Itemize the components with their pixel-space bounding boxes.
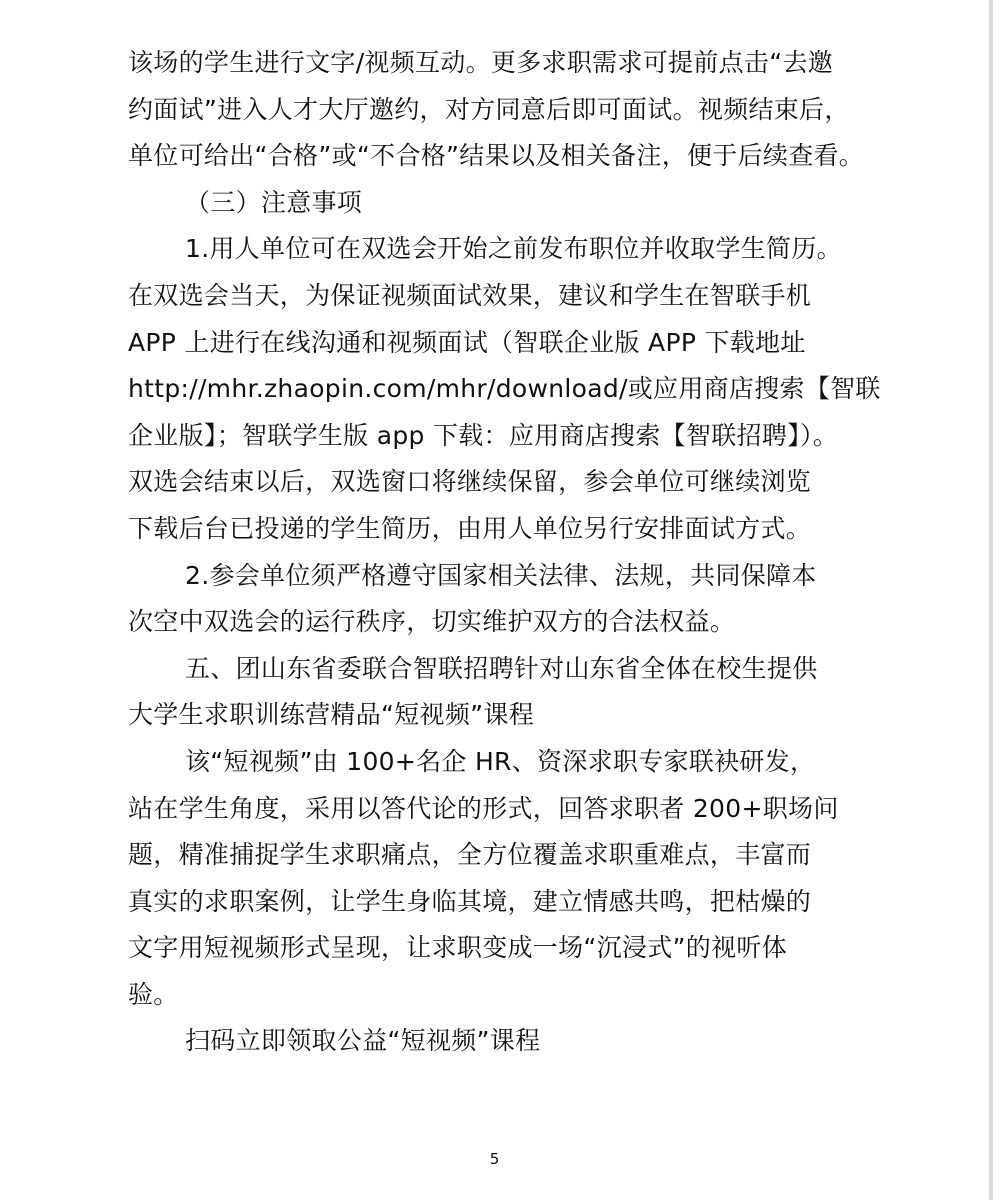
text-line: 该“短视频”由 100+名企 HR、资深求职专家联袂研发， xyxy=(128,739,864,786)
text-line-url: http://mhr.zhaopin.com/mhr/download/或应用商… xyxy=(128,366,864,413)
text-line: 大学生求职训练营精品“短视频”课程 xyxy=(128,692,864,739)
text-line: 约面试”进入人才大厅邀约，对方同意后即可面试。视频结束后， xyxy=(128,87,864,134)
section-heading: （三）注意事项 xyxy=(128,180,864,227)
text-line: 次空中双选会的运行秩序，切实维护双方的合法权益。 xyxy=(128,599,864,646)
text-line: 站在学生角度，采用以答代论的形式，回答求职者 200+职场问 xyxy=(128,786,864,833)
text-line: 该场的学生进行文字/视频互动。更多求职需求可提前点击“去邀 xyxy=(128,40,864,87)
text-line: 单位可给出“合格”或“不合格”结果以及相关备注，便于后续查看。 xyxy=(128,133,864,180)
document-body: 该场的学生进行文字/视频互动。更多求职需求可提前点击“去邀 约面试”进入人才大厅… xyxy=(128,40,864,1065)
text-line: 2.参会单位须严格遵守国家相关法律、法规，共同保障本 xyxy=(128,553,864,600)
text-line: 题，精准捕捉学生求职痛点，全方位覆盖求职重难点，丰富而 xyxy=(128,832,864,879)
section-heading: 五、团山东省委联合智联招聘针对山东省全体在校生提供 xyxy=(128,646,864,693)
text-line: 企业版】；智联学生版 app 下载：应用商店搜索【智联招聘】）。 xyxy=(128,413,864,460)
text-line: 真实的求职案例，让学生身临其境，建立情感共鸣，把枯燥的 xyxy=(128,879,864,926)
text-line: 下载后台已投递的学生简历，由用人单位另行安排面试方式。 xyxy=(128,506,864,553)
text-line: APP 上进行在线沟通和视频面试（智联企业版 APP 下载地址 xyxy=(128,320,864,367)
page-number: 5 xyxy=(0,1150,989,1168)
text-line: 文字用短视频形式呈现，让求职变成一场“沉浸式”的视听体 xyxy=(128,925,864,972)
text-line: 在双选会当天，为保证视频面试效果，建议和学生在智联手机 xyxy=(128,273,864,320)
text-line: 1.用人单位可在双选会开始之前发布职位并收取学生简历。 xyxy=(128,226,864,273)
document-page: 该场的学生进行文字/视频互动。更多求职需求可提前点击“去邀 约面试”进入人才大厅… xyxy=(0,0,989,1200)
text-line: 双选会结束以后，双选窗口将继续保留，参会单位可继续浏览 xyxy=(128,459,864,506)
text-line: 扫码立即领取公益“短视频”课程 xyxy=(128,1018,864,1065)
page-edge-divider xyxy=(989,0,993,1200)
text-line: 验。 xyxy=(128,972,864,1019)
